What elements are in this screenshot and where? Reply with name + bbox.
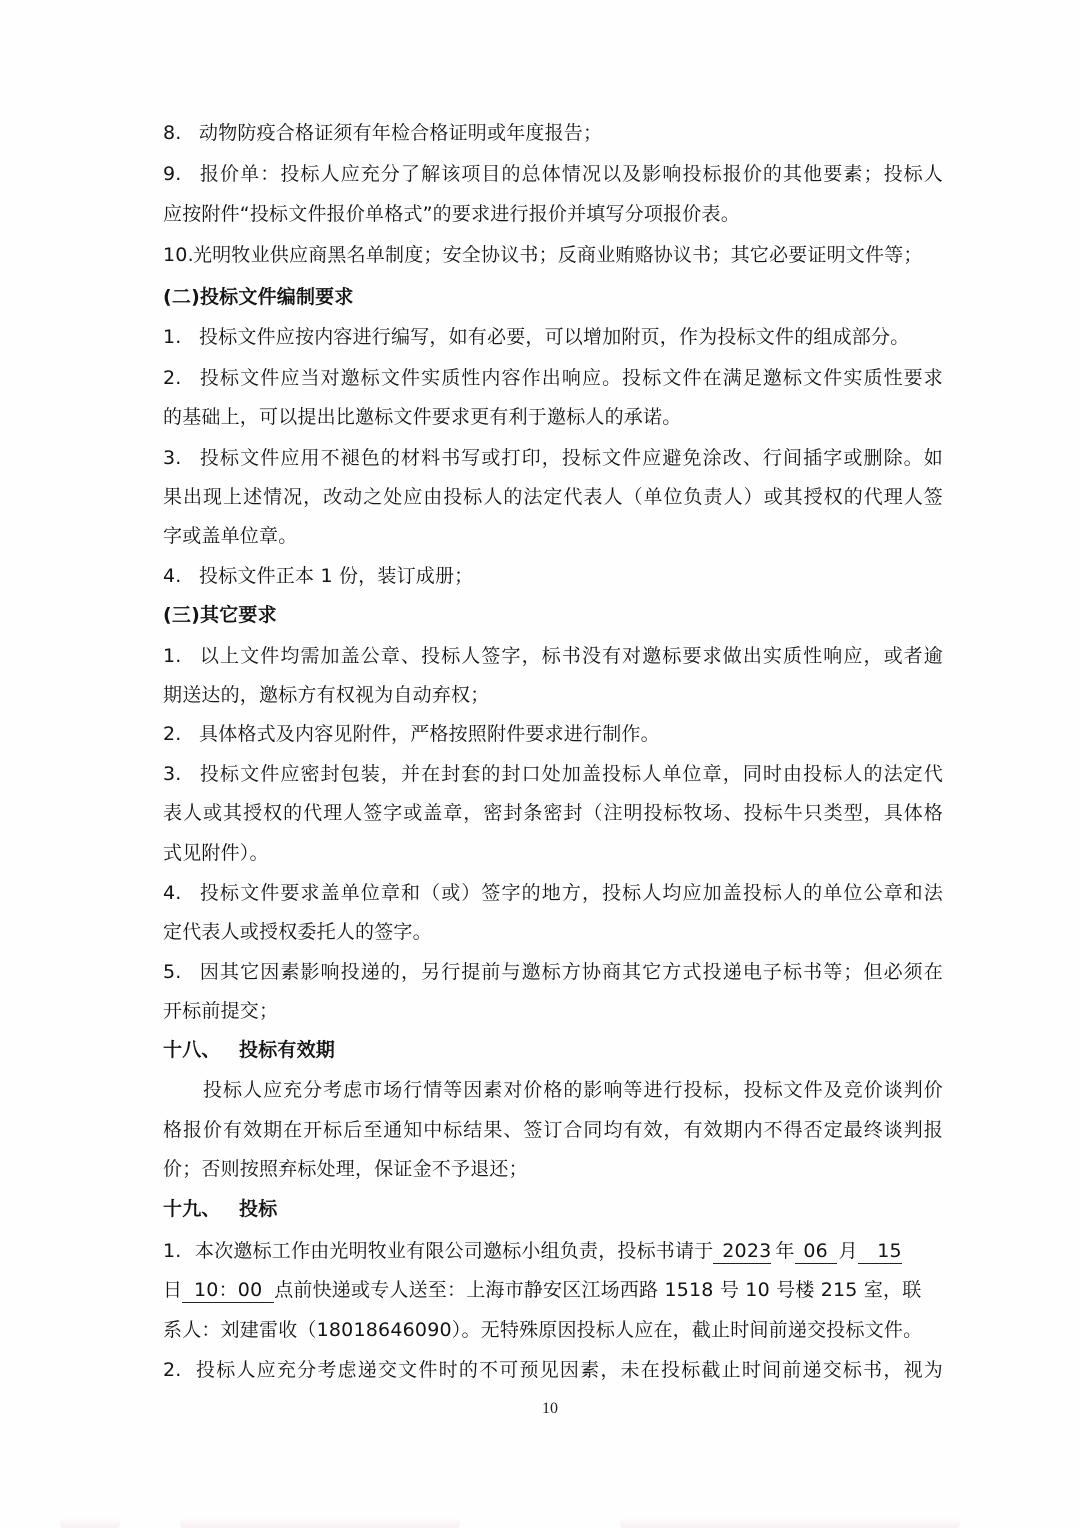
list-number: 4. [163,564,199,588]
list-text: 具体格式及内容见附件，严格按照附件要求进行制作。 [199,723,660,745]
list-number: 1. [163,1239,195,1263]
list-text: 动物防疫合格证须有年检合格证明或年度报告； [199,122,602,144]
list-number: 8. [163,121,199,145]
list-text: 以上文件均需加盖公章、投标人签字，标书没有对邀标要求做出实质性响应，或者逾 [199,645,943,667]
list-item-1-deadline: 1.本次邀标工作由光明牧业有限公司邀标小组负责，投标书请于2023年06月15 [163,1239,943,1264]
list-text: 期送达的，邀标方有权视为自动弃权； [163,684,489,706]
list-text: 光明牧业供应商黑名单制度；安全协议书；反商业贿赂协议书；其它必要证明文件等； [193,244,923,266]
list-text: 投标文件正本 1 份，装订成册； [199,565,473,587]
list-item-3-continued: 果出现上述情况，改动之处应由投标人的法定代表人（单位负责人）或其授权的代理人签 [163,485,943,509]
list-item-9-continued: 应按附件“投标文件报价单格式”的要求进行报价并填写分项报价表。 [163,202,943,226]
list-item-5: 5.因其它因素影响投递的，另行提前与邀标方协商其它方式投递电子标书等；但必须在 [163,960,943,984]
list-item-1: 1.投标文件应按内容进行编写，如有必要，可以增加附页，作为投标文件的组成部分。 [163,325,943,349]
list-item-3-continued: 式见附件）。 [163,841,943,865]
paragraph-validity-continued: 价；否则按照弃标处理，保证金不予退还； [163,1157,943,1181]
month-unit: 月 [839,1240,858,1262]
list-text: 投标人应充分考虑递交文件时的不可预见因素，未在投标截止时间前递交标书，视为 [195,1359,943,1381]
list-text: 因其它因素影响投递的，另行提前与邀标方协商其它方式投递电子标书等；但必须在 [199,961,943,983]
list-item-3-continued: 表人或其授权的代理人签字或盖章，密封条密封（注明投标牧场、投标牛只类型，具体格 [163,801,943,825]
section-heading-3: (三)其它要求 [163,603,943,627]
list-item-1: 1.以上文件均需加盖公章、投标人签字，标书没有对邀标要求做出实质性响应，或者逾 [163,644,943,668]
deadline-time: 10：00 [182,1280,274,1303]
list-item-9: 9.报价单：投标人应充分了解该项目的总体情况以及影响投标报价的其他要素；投标人 [163,162,943,186]
section-heading-18: 十八、投标有效期 [163,1038,943,1062]
page-number: 10 [530,1400,570,1418]
list-number: 3. [163,762,199,786]
list-item-5-continued: 开标前提交； [163,999,943,1023]
heading-text: 投标 [239,1198,277,1220]
list-number: 1. [163,325,199,349]
list-item-4-continued: 定代表人或授权委托人的签字。 [163,920,943,944]
list-item-2: 2.具体格式及内容见附件，严格按照附件要求进行制作。 [163,722,943,746]
list-item-2: 2.投标文件应当对邀标文件实质性内容作出响应。投标文件在满足邀标文件实质性要求 [163,366,943,390]
list-text: 投标文件应密封包装，并在封套的封口处加盖投标人单位章，同时由投标人的法定代 [199,763,943,785]
deadline-day: 15 [858,1241,902,1264]
paragraph-validity: 投标人应充分考虑市场行情等因素对价格的影响等进行投标，投标文件及竞价谈判价 [163,1078,943,1102]
paragraph-text: 格报价有效期在开标后至通知中标结果、签订合同均有效，有效期内不得否定最终谈判报 [163,1119,943,1141]
scan-artifact [60,1518,120,1528]
section-heading-2: (二)投标文件编制要求 [163,285,943,309]
heading-number: 十八、 [163,1038,239,1062]
year-unit: 年 [775,1240,794,1262]
document-page: 8.动物防疫合格证须有年检合格证明或年度报告； 9.报价单：投标人应充分了解该项… [0,0,1080,1528]
deadline-month: 06 [795,1241,837,1264]
paragraph-text: 投标人应充分考虑市场行情等因素对价格的影响等进行投标，投标文件及竞价谈判价 [203,1079,943,1101]
list-text: 式见附件）。 [163,842,269,864]
list-number: 1. [163,644,199,668]
list-number: 9. [163,162,199,186]
list-item-1-continued: 期送达的，邀标方有权视为自动弃权； [163,683,943,707]
list-text: 报价单：投标人应充分了解该项目的总体情况以及影响投标报价的其他要素；投标人 [199,163,943,185]
list-item-2-delivery: 2.投标人应充分考虑递交文件时的不可预见因素，未在投标截止时间前递交标书，视为 [163,1358,943,1382]
list-number: 2. [163,722,199,746]
list-number: 2. [163,1358,195,1382]
list-number: 2. [163,366,199,390]
heading-text: (二)投标文件编制要求 [163,286,354,308]
list-text: 点前快递或专人送至：上海市静安区江场西路 1518 号 10 号楼 215 室，… [274,1279,921,1301]
heading-text: (三)其它要求 [163,604,277,626]
list-text: 投标文件应当对邀标文件实质性内容作出响应。投标文件在满足邀标文件实质性要求 [199,367,943,389]
list-text: 系人：刘建雷收（18018646090）。无特殊原因投标人应在，截止时间前递交投… [163,1319,922,1341]
list-text: 的基础上，可以提出比邀标文件要求更有利于邀标人的承诺。 [163,406,681,428]
list-text: 本次邀标工作由光明牧业有限公司邀标小组负责，投标书请于 [195,1240,713,1262]
list-number: 3. [163,446,199,470]
list-number: 5. [163,960,199,984]
list-text: 投标文件应用不褪色的材料书写或打印，投标文件应避免涂改、行间插字或删除。如 [199,447,943,469]
list-item-8: 8.动物防疫合格证须有年检合格证明或年度报告； [163,121,943,145]
list-text: 定代表人或授权委托人的签字。 [163,921,432,943]
scan-artifact [180,1518,460,1528]
list-number: 4. [163,881,199,905]
list-item-3: 3.投标文件应密封包装，并在封套的封口处加盖投标人单位章，同时由投标人的法定代 [163,762,943,786]
list-item-2-continued: 的基础上，可以提出比邀标文件要求更有利于邀标人的承诺。 [163,405,943,429]
list-item-3-continued: 字或盖单位章。 [163,524,943,548]
list-text: 表人或其授权的代理人签字或盖章，密封条密封（注明投标牧场、投标牛只类型，具体格 [163,802,943,824]
paragraph-text: 价；否则按照弃标处理，保证金不予退还； [163,1158,528,1180]
list-number: 10. [163,243,193,267]
scan-artifact [620,1518,960,1528]
list-text: 开标前提交； [163,1000,278,1022]
list-text: 应按附件“投标文件报价单格式”的要求进行报价并填写分项报价表。 [163,203,740,225]
list-text: 字或盖单位章。 [163,525,297,547]
day-unit: 日 [163,1279,182,1301]
list-item-4: 4.投标文件要求盖单位章和（或）签字的地方，投标人均应加盖投标人的单位公章和法 [163,881,943,905]
section-heading-19: 十九、投标 [163,1197,943,1221]
list-text: 投标文件应按内容进行编写，如有必要，可以增加附页，作为投标文件的组成部分。 [199,326,909,348]
list-item-1-deadline-continued: 日10：00点前快递或专人送至：上海市静安区江场西路 1518 号 10 号楼 … [163,1278,943,1303]
heading-text: 投标有效期 [239,1039,335,1061]
list-item-1-deadline-continued: 系人：刘建雷收（18018646090）。无特殊原因投标人应在，截止时间前递交投… [163,1318,943,1342]
paragraph-validity-continued: 格报价有效期在开标后至通知中标结果、签订合同均有效，有效期内不得否定最终谈判报 [163,1118,943,1142]
list-text: 投标文件要求盖单位章和（或）签字的地方，投标人均应加盖投标人的单位公章和法 [199,882,943,904]
heading-number: 十九、 [163,1197,239,1221]
deadline-year: 2023 [713,1241,771,1264]
list-item-4: 4.投标文件正本 1 份，装订成册； [163,564,943,588]
list-item-10: 10.光明牧业供应商黑名单制度；安全协议书；反商业贿赂协议书；其它必要证明文件等… [163,243,943,267]
list-text: 果出现上述情况，改动之处应由投标人的法定代表人（单位负责人）或其授权的代理人签 [163,486,943,508]
list-item-3: 3.投标文件应用不褪色的材料书写或打印，投标文件应避免涂改、行间插字或删除。如 [163,446,943,470]
